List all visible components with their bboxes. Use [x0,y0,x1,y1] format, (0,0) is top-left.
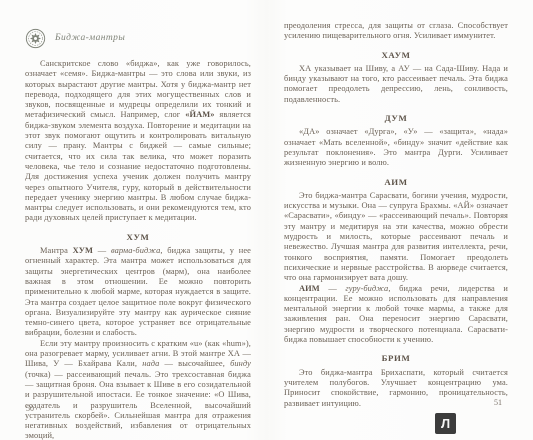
paragraph: Это биджа-мантра Брихаспати, который счи… [284,368,508,409]
page-right-content: преодоления стресса, для защиты от сглаз… [284,21,508,409]
paragraph: преодоления стресса, для защиты от сглаз… [284,21,508,42]
chapter-title: Биджа-мантры [55,33,125,43]
page-left: Биджа-мантры Санскритское слово «биджа»,… [25,0,251,440]
paragraph: Санскритское слово «биджа», как уже гово… [25,59,251,224]
watermark-letter-badge: Л [435,413,456,434]
page-number-left: 50 [26,404,34,413]
section-heading: ХУМ [25,232,251,242]
chapter-header: Биджа-мантры [25,27,251,49]
section-heading: ДУМ [284,113,508,123]
section-heading: ХАУМ [284,50,508,60]
paragraph: Это биджа-мантра Сарасвати, богини учени… [284,191,508,284]
page-right: преодоления стресса, для защиты от сглаз… [284,0,508,409]
page-left-content: Санскритское слово «биджа», как уже гово… [25,59,251,440]
paragraph: Если эту мантру произносить с кратким «u… [25,339,251,440]
section-heading: БРИМ [284,353,508,363]
paragraph: Мантра ХУМ — варма-биджа, биджа защиты, … [25,246,251,339]
page-number-right: 51 [494,398,502,407]
book-spread: Биджа-мантры Санскритское слово «биджа»,… [0,0,533,440]
section-heading: АИМ [284,177,508,187]
paragraph: «ДА» означает «Дурга», «У» — «защита», «… [284,127,508,168]
rosette-ornament-icon [25,28,46,49]
paragraph: ХА указывает на Шиву, а АУ — на Сада-Шив… [284,64,508,105]
paragraph: АИМ — гуру-биджа, биджа речи, лидерства … [284,284,508,346]
